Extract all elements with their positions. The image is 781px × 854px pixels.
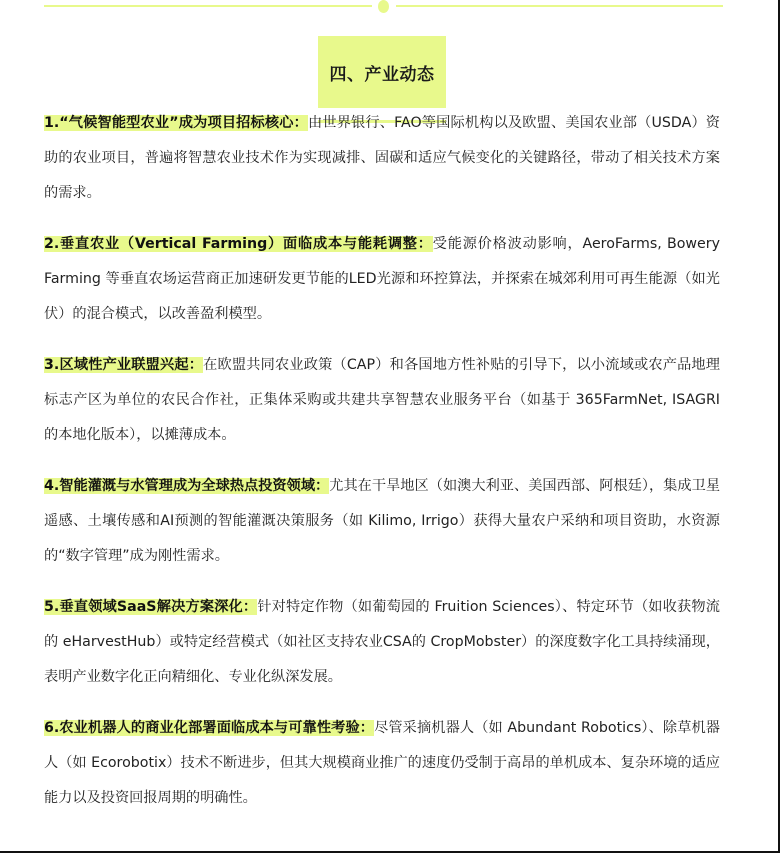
news-item: 2.垂直农业（Vertical Farming）面临成本与能耗调整：受能源价格波… (44, 227, 720, 332)
news-item: 3.区域性产业联盟兴起：在欧盟共同农业政策（CAP）和各国地方性补贴的引导下，以… (44, 348, 720, 453)
news-item-heading: 3.区域性产业联盟兴起： (44, 357, 203, 373)
news-item-heading: 2.垂直农业（Vertical Farming）面临成本与能耗调整： (44, 236, 433, 252)
top-divider-left (44, 5, 372, 7)
news-item: 4.智能灌溉与水管理成为全球热点投资领域：尤其在干旱地区（如澳大利亚、美国西部、… (44, 469, 720, 574)
news-item-heading: 6.农业机器人的商业化部署面临成本与可靠性考验： (44, 720, 374, 736)
news-item: 6.农业机器人的商业化部署面临成本与可靠性考验：尽管采摘机器人（如 Abunda… (44, 711, 720, 816)
top-divider-right (396, 5, 723, 7)
news-item-heading: 4.智能灌溉与水管理成为全球热点投资领域： (44, 478, 329, 494)
section-title-box: 四、产业动态 (318, 36, 446, 108)
document-page: 四、产业动态 1.“气候智能型农业”成为项目招标核心：由世界银行、FAO等国际机… (0, 0, 780, 853)
news-item-heading: 1.“气候智能型农业”成为项目招标核心： (44, 115, 308, 131)
divider-dot-icon (378, 0, 389, 13)
news-item: 5.垂直领域SaaS解决方案深化：针对特定作物（如葡萄园的 Fruition S… (44, 590, 720, 695)
news-item: 1.“气候智能型农业”成为项目招标核心：由世界银行、FAO等国际机构以及欧盟、美… (44, 106, 720, 211)
section-title: 四、产业动态 (330, 60, 435, 85)
news-item-heading: 5.垂直领域SaaS解决方案深化： (44, 599, 257, 615)
